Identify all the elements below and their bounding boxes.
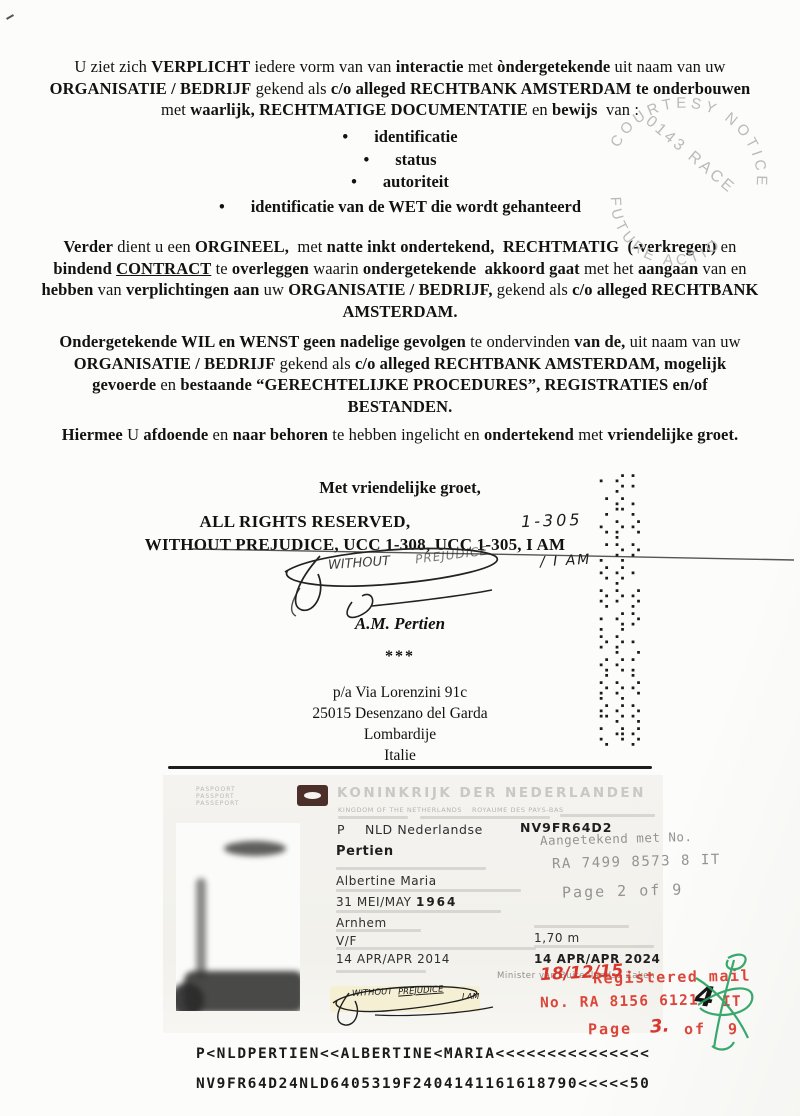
microprint-line — [336, 867, 486, 870]
passport-country-title: KONINKRIJK DER NEDERLANDEN — [337, 785, 657, 801]
svg-text:COURTESY NOTICE: COURTESY NOTICE — [606, 67, 794, 212]
passport-signature-scrawl — [315, 975, 515, 1035]
microprint-line — [336, 889, 521, 892]
green-pen-scribble — [672, 950, 792, 1070]
country-subtitle-fr: ROYAUME DES PAYS-BAS — [472, 806, 564, 814]
microprint-line — [336, 970, 426, 973]
microprint-line — [336, 929, 421, 932]
microprint-line — [560, 814, 655, 817]
passport-surname: Pertien — [336, 844, 394, 859]
passport-birth-place: Arnhem — [336, 916, 387, 930]
passport-code-nationality: NLD Nederlandse — [365, 822, 483, 837]
microprint-line — [534, 925, 629, 928]
red-handwritten-page-number: 3. — [649, 1015, 670, 1037]
microprint-line — [420, 816, 550, 819]
passport-sig-without: WITHOUT — [352, 987, 393, 999]
microprint-line — [336, 910, 501, 913]
dot-perforation-pattern: ⠂⡪⠅ ⢈⠮⡂ ⠢⡕⠪ ⡈⢕⠕ ⠪⡪⠂ ⢕⠕⡪ ⡂⢪⠕ ⠕⡕⢂ ⢪⠪⡅ ⡕⢕⠪ … — [597, 472, 667, 748]
passport-given-names: Albertine Maria — [336, 874, 437, 888]
passport-type: P — [337, 822, 345, 837]
mrz-line-1: P<NLDPERTIEN<<ALBERTINE<MARIA<<<<<<<<<<<… — [196, 1046, 651, 1062]
passport-sex: V/F — [336, 934, 357, 948]
gray-stamp-line3: Page 2 of 9 — [562, 880, 684, 901]
section-divider-line — [168, 766, 652, 769]
country-subtitle-en: KINGDOM OF THE NETHERLANDS — [338, 806, 462, 814]
red-stamp-page-label: Page — [588, 1020, 632, 1039]
passport-doc-type-labels: PASPOORT PASSPORT PASSEPORT — [196, 786, 240, 807]
microprint-line — [534, 945, 654, 948]
address-line-4: Italie — [40, 745, 760, 766]
passport-sig-i-am: I AM — [462, 992, 479, 1001]
scanned-letter-page: U ziet zich VERPLICHT iedere vorm van va… — [0, 0, 800, 1116]
passport-height: 1,70 m — [534, 931, 580, 945]
courtesy-notice-stamp: COURTESY NOTICE FUTURE ACTION 0143 RACE — [575, 62, 800, 282]
stamp-middle-text: 0143 RACE — [642, 113, 738, 198]
netherlands-crest-icon — [297, 785, 328, 806]
passport-birth-date: 31 MEI/MAY 1964 — [336, 895, 457, 909]
passport-issue-date: 14 APR/APR 2014 — [336, 952, 450, 966]
passport-photo — [176, 823, 300, 1011]
mrz-line-2: NV9FR64D24NLD6405319F2404141161618790<<<… — [196, 1076, 651, 1092]
microprint-line — [338, 816, 408, 819]
microprint-line — [336, 947, 536, 950]
